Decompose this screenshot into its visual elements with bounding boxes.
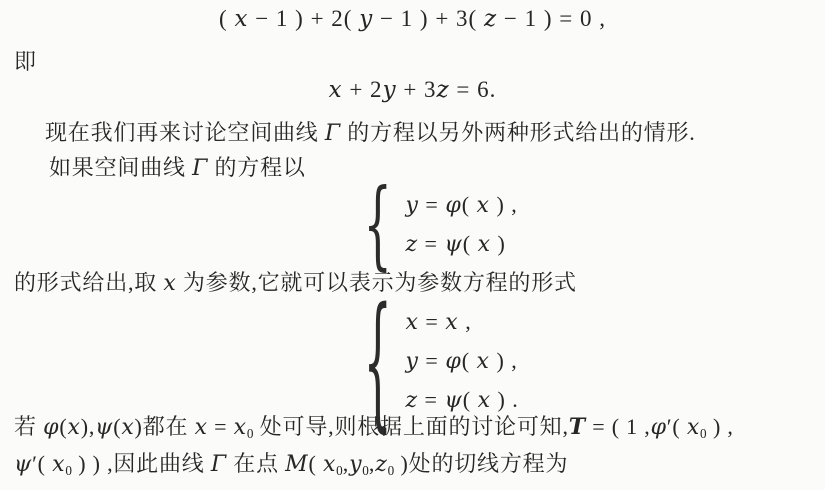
text-segment: x	[195, 415, 208, 440]
text-segment: x	[478, 232, 491, 257]
text-segment: ) ) ,	[72, 451, 113, 476]
system-rows: y = φ( x ) , z = ψ( x )	[405, 186, 517, 264]
text-segment: ) ,	[490, 348, 518, 373]
text-segment: (	[309, 451, 323, 476]
text-segment: =	[419, 348, 445, 373]
textbook-page: ( x − 1 ) + 2( y − 1 ) + 3( z − 1 ) = 0 …	[0, 0, 825, 490]
text-segment: − 1 ) = 0 ,	[497, 6, 606, 31]
text-segment: z	[437, 77, 450, 103]
text-segment: φ	[43, 415, 59, 440]
text-segment: y	[405, 349, 418, 374]
text-segment: z	[375, 452, 387, 477]
text-segment: =	[419, 192, 445, 217]
text-segment: = ( 1 ,	[586, 414, 651, 439]
text-segment: Γ	[211, 452, 227, 477]
text-segment: − 1 ) + 3(	[373, 6, 484, 31]
text-segment: y	[383, 77, 397, 103]
text-segment: ψ	[14, 452, 32, 477]
text-segment: ) .	[491, 387, 519, 412]
left-brace: {	[364, 177, 392, 273]
text-segment: Γ	[192, 156, 208, 181]
text-segment: ψ	[95, 415, 113, 440]
text-segment: y	[405, 193, 418, 218]
text-segment: (	[462, 348, 477, 373]
text-segment: − 1 ) + 2(	[248, 6, 359, 31]
text-segment: 0	[336, 463, 343, 478]
text-segment: )	[394, 451, 408, 476]
text-segment: (	[462, 192, 477, 217]
text-segment: ) ,	[707, 414, 734, 439]
text-segment: 在点	[227, 451, 285, 476]
text-segment: x	[477, 349, 490, 374]
text-segment: T	[569, 414, 586, 440]
text-segment: φ	[445, 193, 461, 218]
text-segment: 0	[65, 463, 72, 478]
paragraph-intro: 现在我们再来讨论空间曲线 Γ 的方程以另外两种形式给出的情形.	[45, 116, 696, 147]
text-segment: 处可导,则根据上面的讨论可知,	[253, 414, 568, 439]
text-segment: φ	[651, 415, 667, 440]
text-segment: M	[285, 452, 308, 477]
text-segment: + 2	[343, 77, 383, 102]
equation-system-xyz: { x = x , y = φ( x ) , z = ψ( x ) .	[358, 303, 519, 420]
text-segment: 0	[700, 426, 707, 441]
text-segment: φ	[445, 349, 461, 374]
system-row: y = φ( x ) ,	[405, 342, 518, 381]
text-segment: x	[121, 415, 134, 440]
text-segment: =	[418, 387, 444, 412]
paragraph-if-curve: 如果空间曲线 Γ 的方程以	[49, 151, 306, 182]
text-segment: x	[67, 415, 80, 440]
text-segment: ′(	[32, 451, 52, 476]
text-segment: + 3	[397, 77, 437, 102]
text-segment: =	[419, 309, 445, 334]
text-segment: x	[687, 415, 700, 440]
paragraph-tangent-line-1: 若 φ(x),ψ(x)都在 x = x0 处可导,则根据上面的讨论可知,T = …	[14, 410, 734, 442]
system-row: x = x ,	[405, 303, 518, 342]
text-segment: =	[418, 231, 444, 256]
text-segment: )	[135, 414, 143, 439]
text-segment: 的方程以另外两种形式给出的情形.	[341, 120, 696, 145]
text-segment: (	[463, 387, 478, 412]
text-segment: 如果空间曲线	[49, 155, 192, 180]
text-segment: (	[219, 6, 234, 31]
text-segment: z	[484, 6, 497, 32]
text-segment: x	[163, 271, 176, 296]
system-rows: x = x , y = φ( x ) , z = ψ( x ) .	[405, 303, 518, 420]
text-segment: x	[477, 193, 490, 218]
text-segment: 的形式给出,取	[14, 270, 163, 295]
text-segment: x	[329, 77, 343, 103]
text-segment: x	[405, 310, 418, 335]
text-segment: =	[208, 414, 234, 439]
text-segment: y	[359, 6, 373, 32]
text-segment: ′(	[667, 414, 687, 439]
text-segment: ),	[81, 414, 95, 439]
text-segment: )	[491, 231, 506, 256]
text-segment: (	[463, 231, 478, 256]
text-segment: y	[349, 452, 362, 477]
text-segment: 都在	[143, 414, 195, 439]
display-equation-plane-expanded: ( x − 1 ) + 2( y − 1 ) + 3( z − 1 ) = 0 …	[0, 6, 825, 32]
text-segment: = 6.	[450, 77, 497, 102]
system-row: z = ψ( x )	[405, 225, 517, 264]
text-segment: x	[234, 415, 247, 440]
equation-system-yz: { y = φ( x ) , z = ψ( x )	[358, 186, 518, 264]
paragraph-tangent-line-2: ψ′( x0 ) ) ,因此曲线 Γ 在点 M( x0,y0,z0 )处的切线方…	[14, 447, 568, 479]
text-segment: x	[445, 310, 458, 335]
text-segment: 处的切线方程为	[409, 451, 569, 476]
text-segment: z	[405, 232, 418, 257]
text-segment: Γ	[325, 121, 341, 146]
connector-ji: 即	[14, 45, 37, 76]
text-segment: ,	[459, 309, 472, 334]
text-segment: 因此曲线	[113, 451, 211, 476]
text-segment: 现在我们再来讨论空间曲线	[45, 120, 325, 145]
text-segment: 若	[14, 414, 43, 439]
text-segment: 0	[362, 463, 369, 478]
system-row: y = φ( x ) ,	[405, 186, 517, 225]
paragraph-parameter-form: 的形式给出,取 x 为参数,它就可以表示为参数方程的形式	[14, 266, 577, 297]
text-segment: ) ,	[490, 192, 518, 217]
display-equation-plane-simplified: x + 2y + 3z = 6.	[0, 77, 825, 103]
text-segment: ψ	[444, 232, 462, 257]
text-segment: x	[52, 452, 65, 477]
text-segment: 的方程以	[208, 155, 306, 180]
text-segment: x	[323, 452, 336, 477]
text-segment: x	[234, 6, 248, 32]
